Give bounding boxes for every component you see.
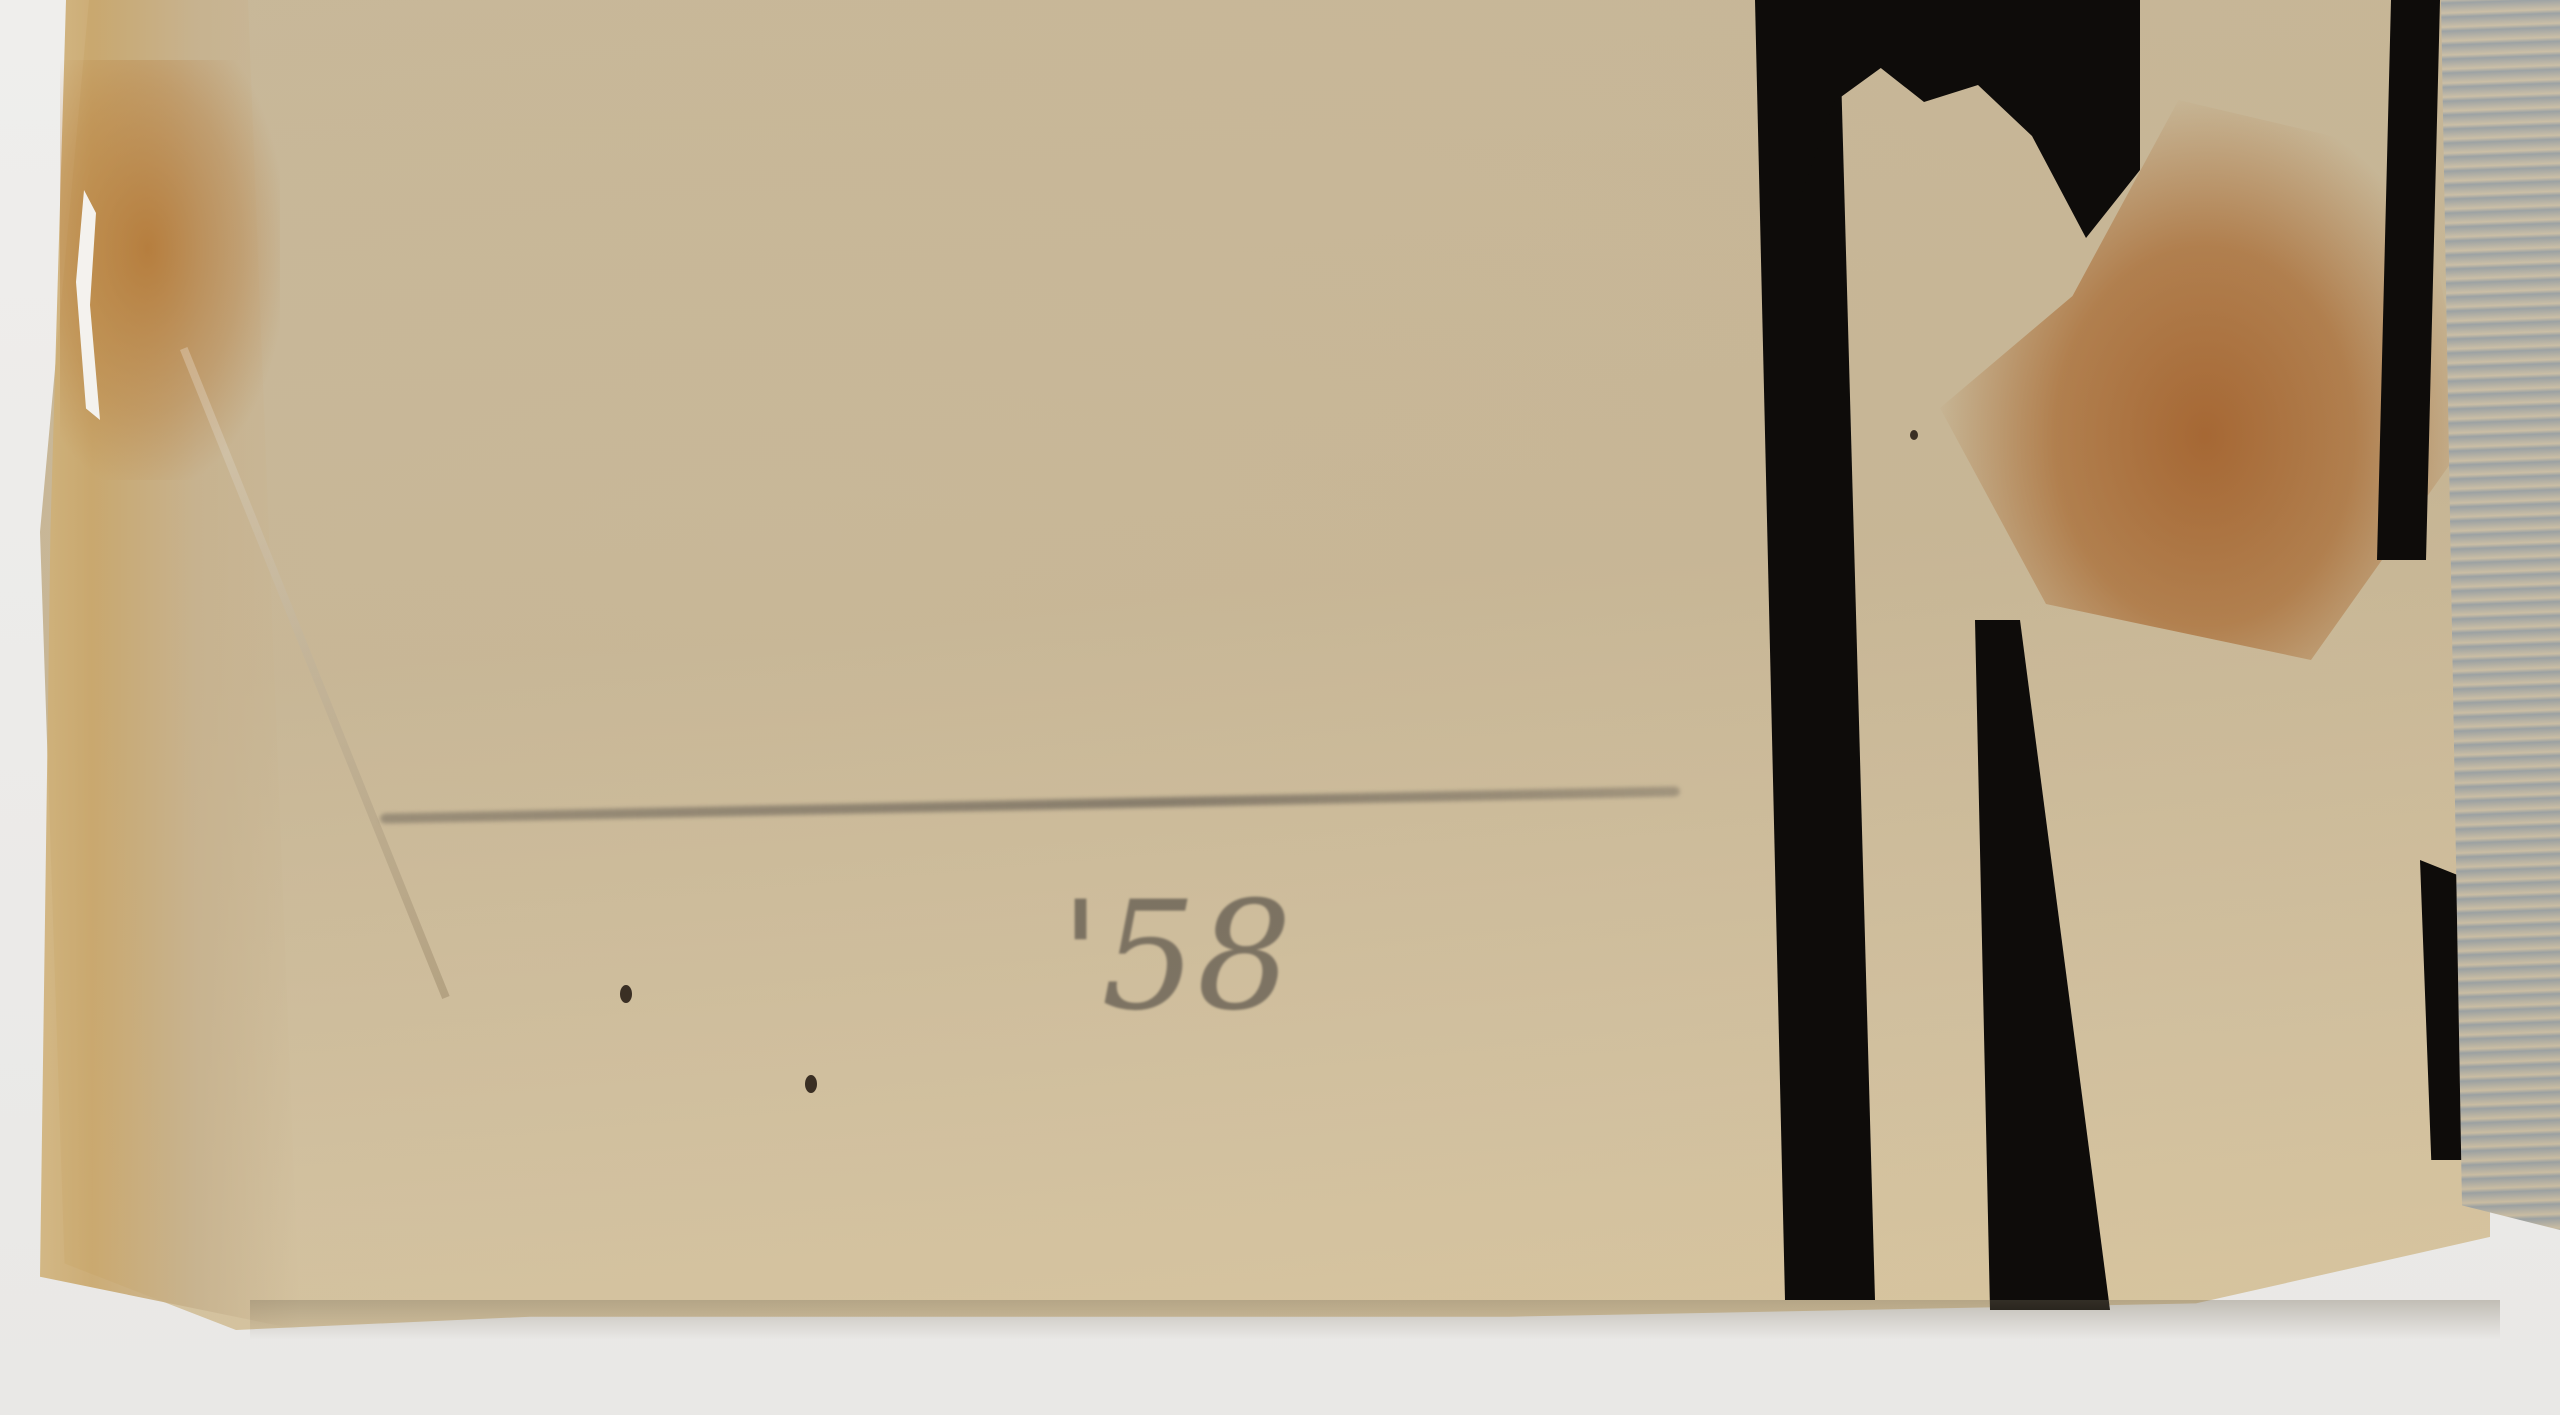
paper-hole (805, 1075, 817, 1093)
left-edge-stain (60, 60, 280, 480)
aged-paper (40, 0, 2490, 1330)
date-inscription: '58 (1060, 870, 1420, 1100)
paper-hole (1910, 430, 1918, 440)
paper-shadow (250, 1300, 2500, 1340)
paper-hole (620, 985, 632, 1003)
artwork-photo: [illegible pencil signature] '58 (0, 0, 2560, 1415)
pencil-signature: [illegible pencil signature] (330, 700, 1710, 830)
